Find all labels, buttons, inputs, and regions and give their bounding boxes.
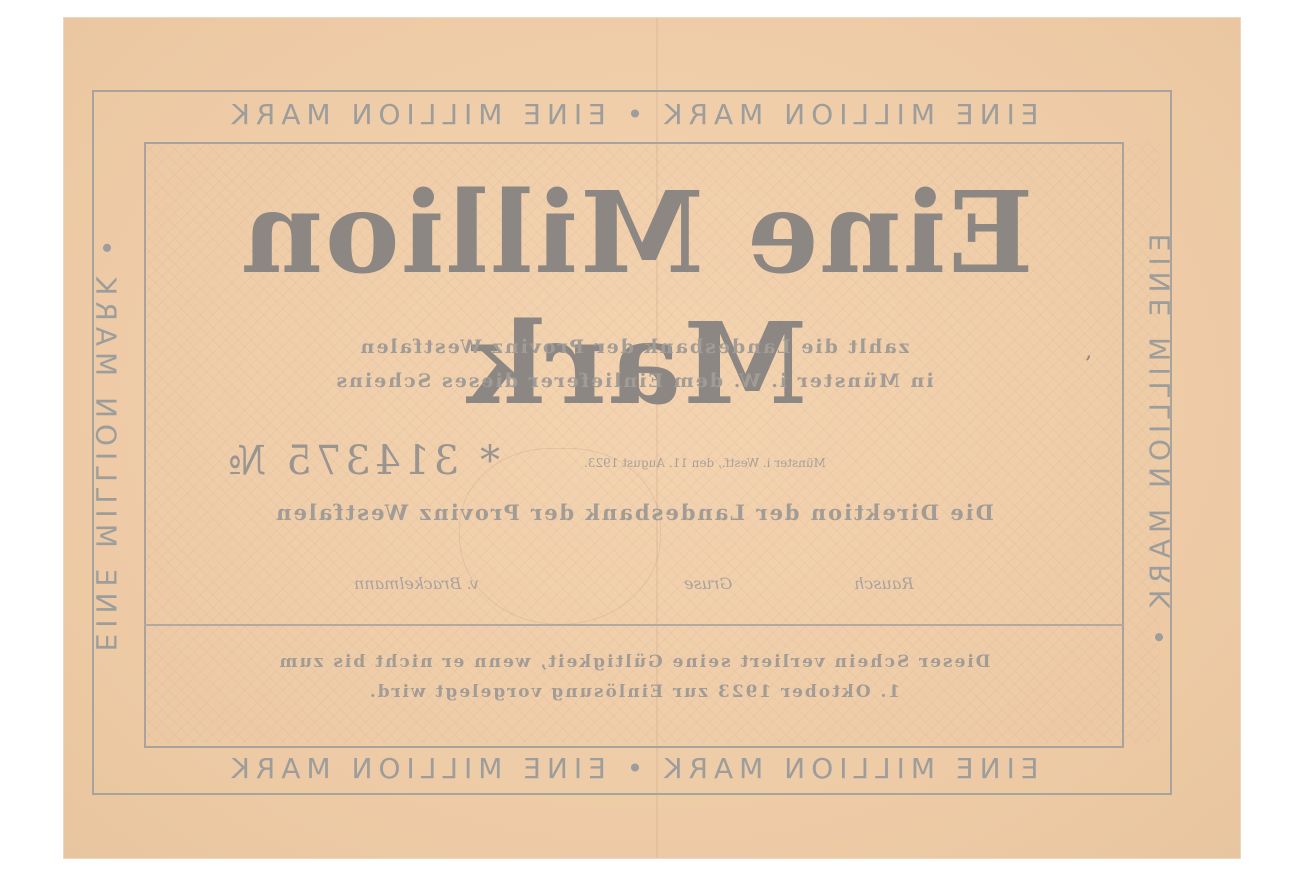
edge-mark: , — [1086, 343, 1092, 362]
banknote: EINE MILLION MARK • EINE MILLION MARK EI… — [64, 18, 1240, 858]
border-text-top: EINE MILLION MARK • EINE MILLION MARK — [100, 98, 1164, 131]
border-text-left: EINE MILLION MARK • — [90, 163, 123, 723]
promise-line-2: in Münster i. W. dem Einlieferer dieses … — [224, 370, 1044, 392]
serial-number: * 314375 № — [224, 438, 500, 484]
issuer-line: Die Direktion der Landesbank der Provinz… — [224, 500, 1044, 525]
validity-line-1: Dieser Schein verliert seine Gültigkeit,… — [224, 652, 1044, 672]
place-date: Münster i. Westf., den 11. August 1923. — [584, 456, 826, 470]
validity-line-2: 1. Oktober 1923 zur Einlösung vorgelegt … — [224, 682, 1044, 702]
border-text-right: EINE MILLION MARK • — [1144, 163, 1177, 723]
border-text-bottom: EINE MILLION MARK • EINE MILLION MARK — [100, 752, 1164, 785]
signature-2: Gruse — [684, 574, 732, 593]
promise-line-1: zahlt die Landesbank der Provinz Westfal… — [224, 336, 1044, 358]
signature-1: Rausch — [854, 574, 914, 593]
signature-3: v. Brackelmann — [354, 574, 479, 593]
frame-divider — [144, 624, 1124, 626]
